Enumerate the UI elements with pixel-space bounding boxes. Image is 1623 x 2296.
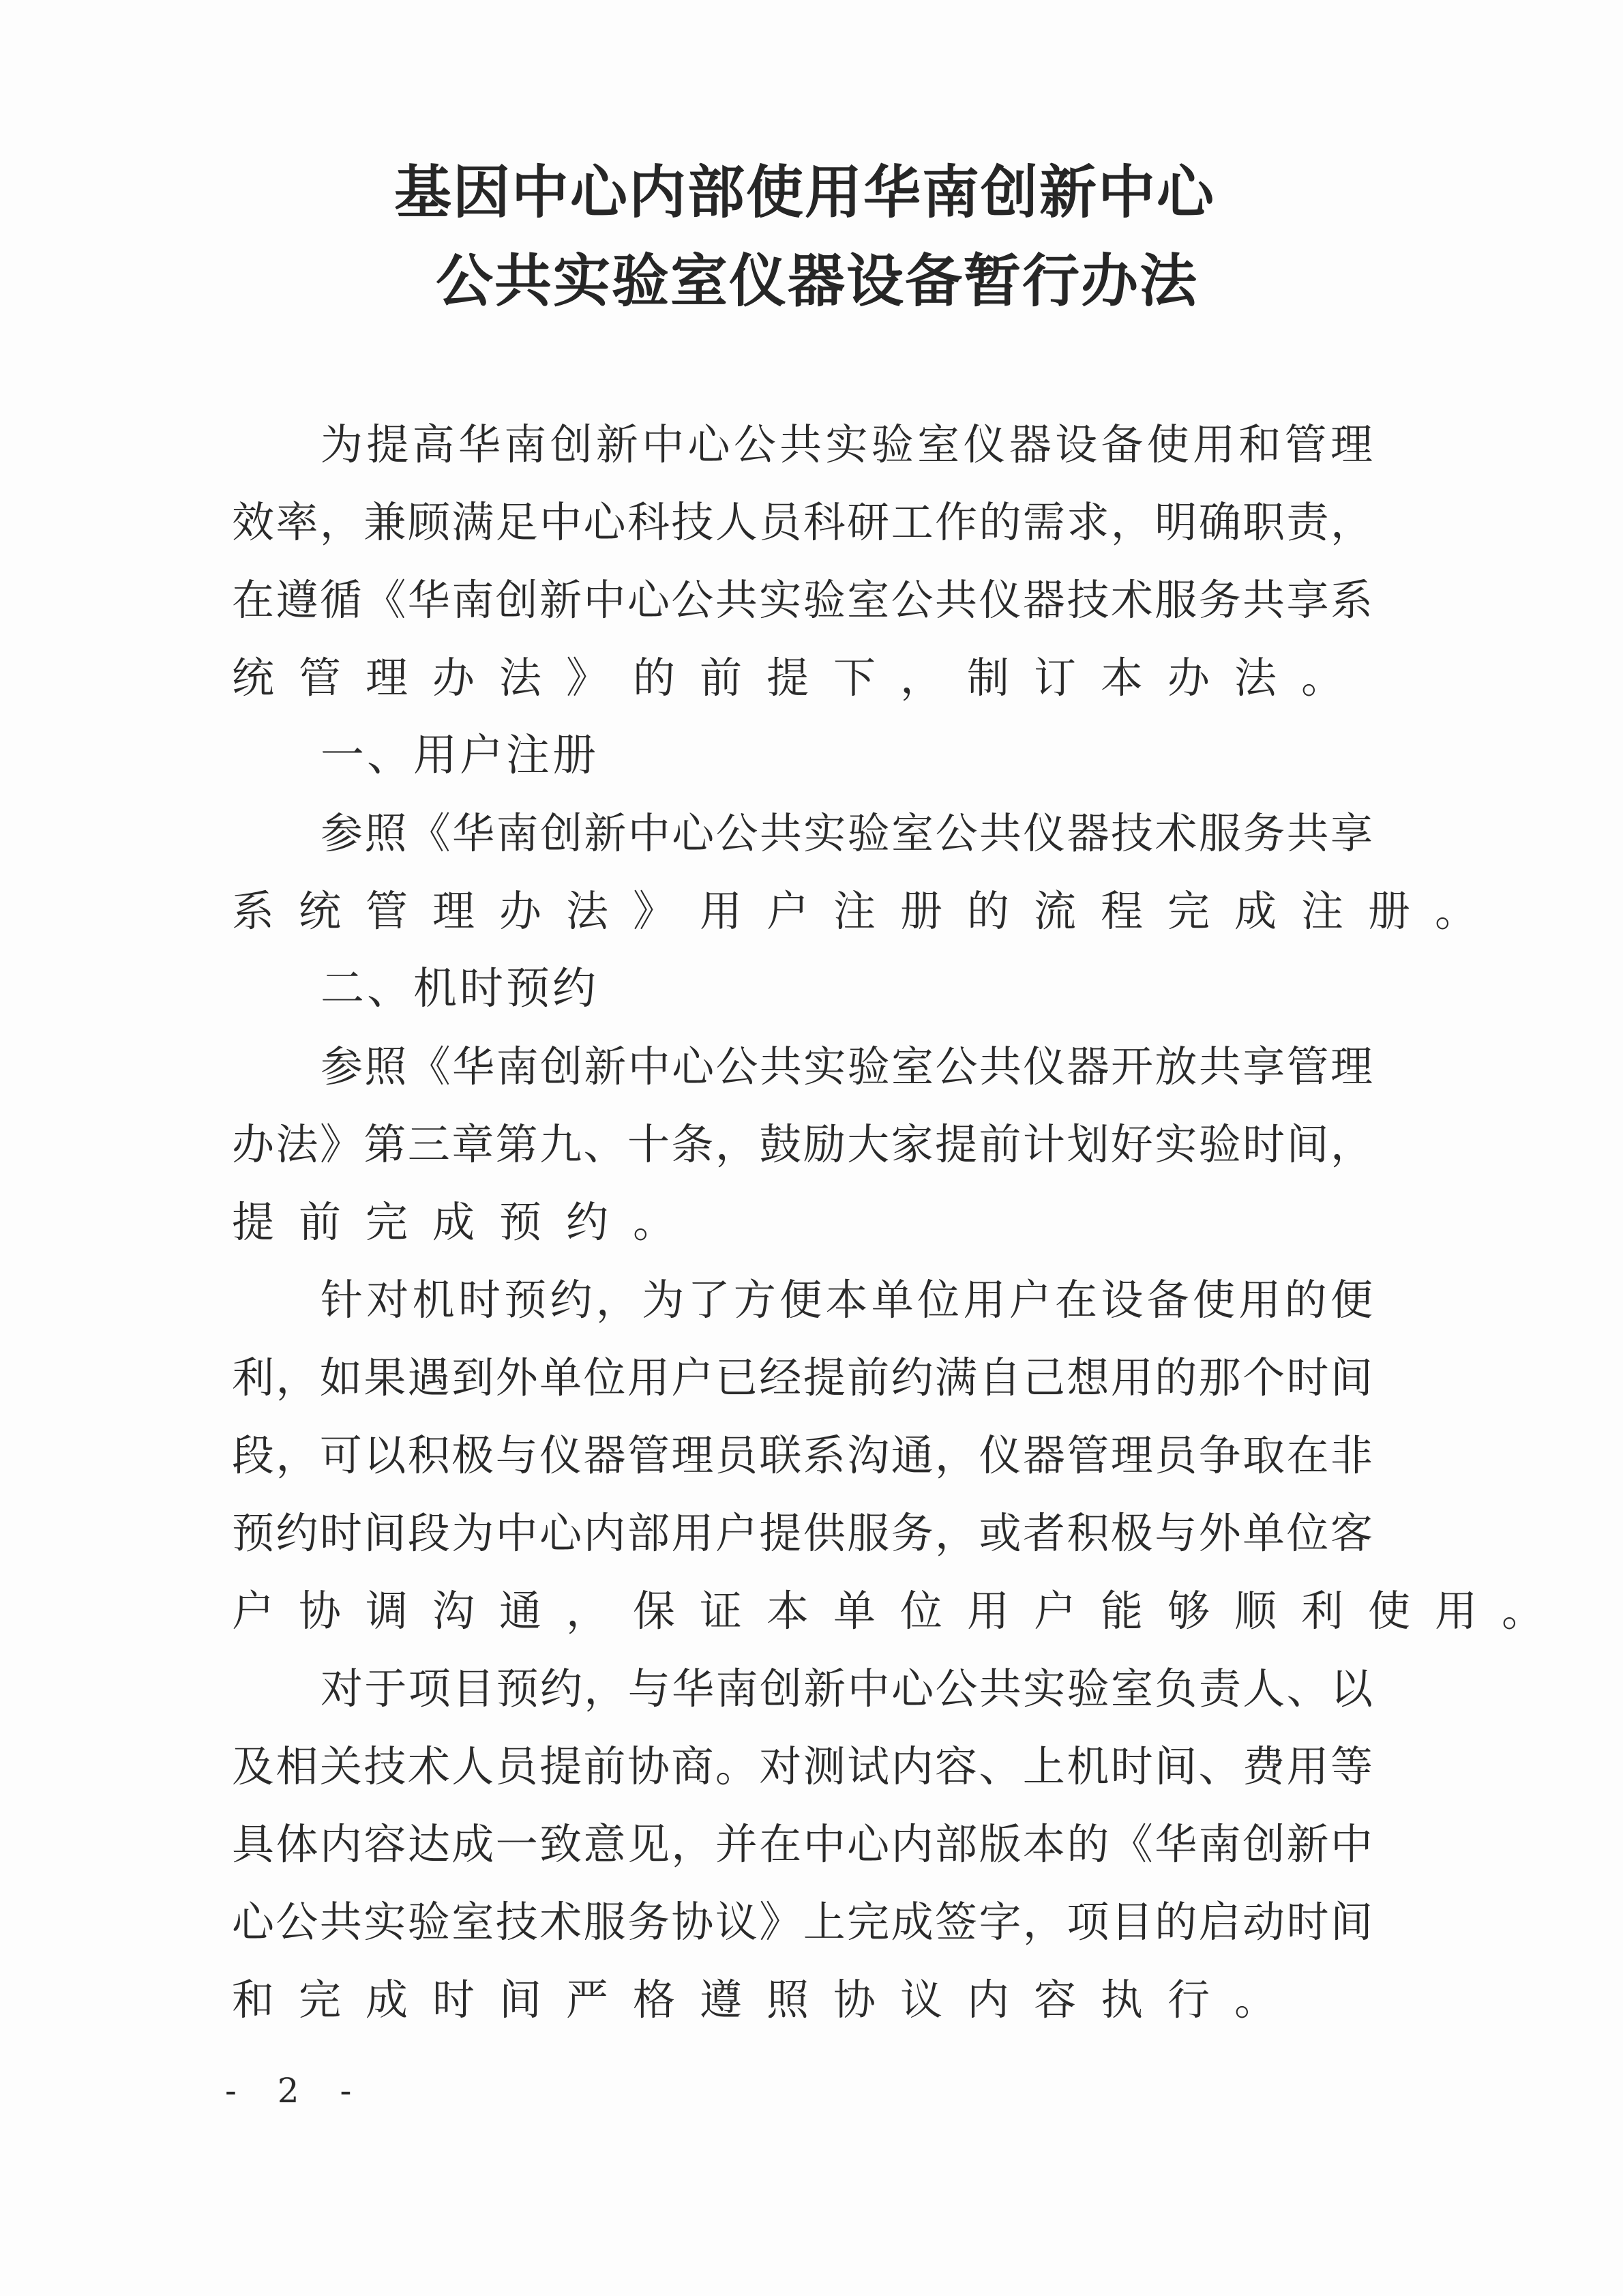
page-number: - 2 - — [225, 2067, 366, 2115]
section-2-p1-line-2: 办法》第三章第九、十条，鼓励大家提前计划好实验时间， — [232, 1117, 1373, 1172]
section-2-p2-line-4: 预约时间段为中心内部用户提供服务，或者积极与外单位客 — [232, 1506, 1373, 1561]
section-1-line-2: 系统管理办法》用户注册的流程完成注册。 — [232, 884, 1373, 939]
intro-line-1: 为提高华南创新中心公共实验室仪器设备使用和管理 — [321, 417, 1373, 472]
section-2-p2-line-2: 利，如果遇到外单位用户已经提前约满自己想用的那个时间 — [232, 1351, 1373, 1405]
section-2-p3-line-4: 心公共实验室技术服务协议》上完成签字，项目的启动时间 — [232, 1895, 1373, 1949]
section-heading-user-registration: 一、用户注册 — [321, 728, 599, 783]
section-2-p3-line-5: 和完成时间严格遵照协议内容执行。 — [232, 1973, 1373, 2027]
document-title-line-1: 基因中心内部使用华南创新中心 — [0, 158, 1616, 226]
section-2-p2-line-3: 段，可以积极与仪器管理员联系沟通，仪器管理员争取在非 — [232, 1428, 1373, 1483]
section-2-p2-line-5: 户协调沟通，保证本单位用户能够顺利使用。 — [232, 1584, 1373, 1638]
section-2-p3-line-3: 具体内容达成一致意见，并在中心内部版本的《华南创新中 — [232, 1817, 1373, 1872]
section-2-p3-line-1: 对于项目预约，与华南创新中心公共实验室负责人、以 — [321, 1662, 1373, 1716]
section-heading-machine-time-booking: 二、机时预约 — [321, 962, 599, 1016]
section-2-p1-line-3: 提前完成预约。 — [232, 1195, 1373, 1250]
section-2-p1-line-1: 参照《华南创新中心公共实验室公共仪器开放共享管理 — [321, 1040, 1373, 1094]
intro-line-4: 统管理办法》的前提下，制订本办法。 — [232, 651, 1373, 705]
section-1-line-1: 参照《华南创新中心公共实验室公共仪器技术服务共享 — [321, 806, 1373, 861]
intro-line-3: 在遵循《华南创新中心公共实验室公共仪器技术服务共享系 — [232, 573, 1373, 628]
section-2-p2-line-1: 针对机时预约，为了方便本单位用户在设备使用的便 — [321, 1273, 1373, 1327]
document-page: 基因中心内部使用华南创新中心 公共实验室仪器设备暂行办法 为提高华南创新中心公共… — [0, 0, 1623, 2296]
intro-line-2: 效率，兼顾满足中心科技人员科研工作的需求，明确职责， — [232, 495, 1373, 550]
section-2-p3-line-2: 及相关技术人员提前协商。对测试内容、上机时间、费用等 — [232, 1739, 1373, 1794]
document-title-line-2: 公共实验室仪器设备暂行办法 — [5, 247, 1623, 315]
